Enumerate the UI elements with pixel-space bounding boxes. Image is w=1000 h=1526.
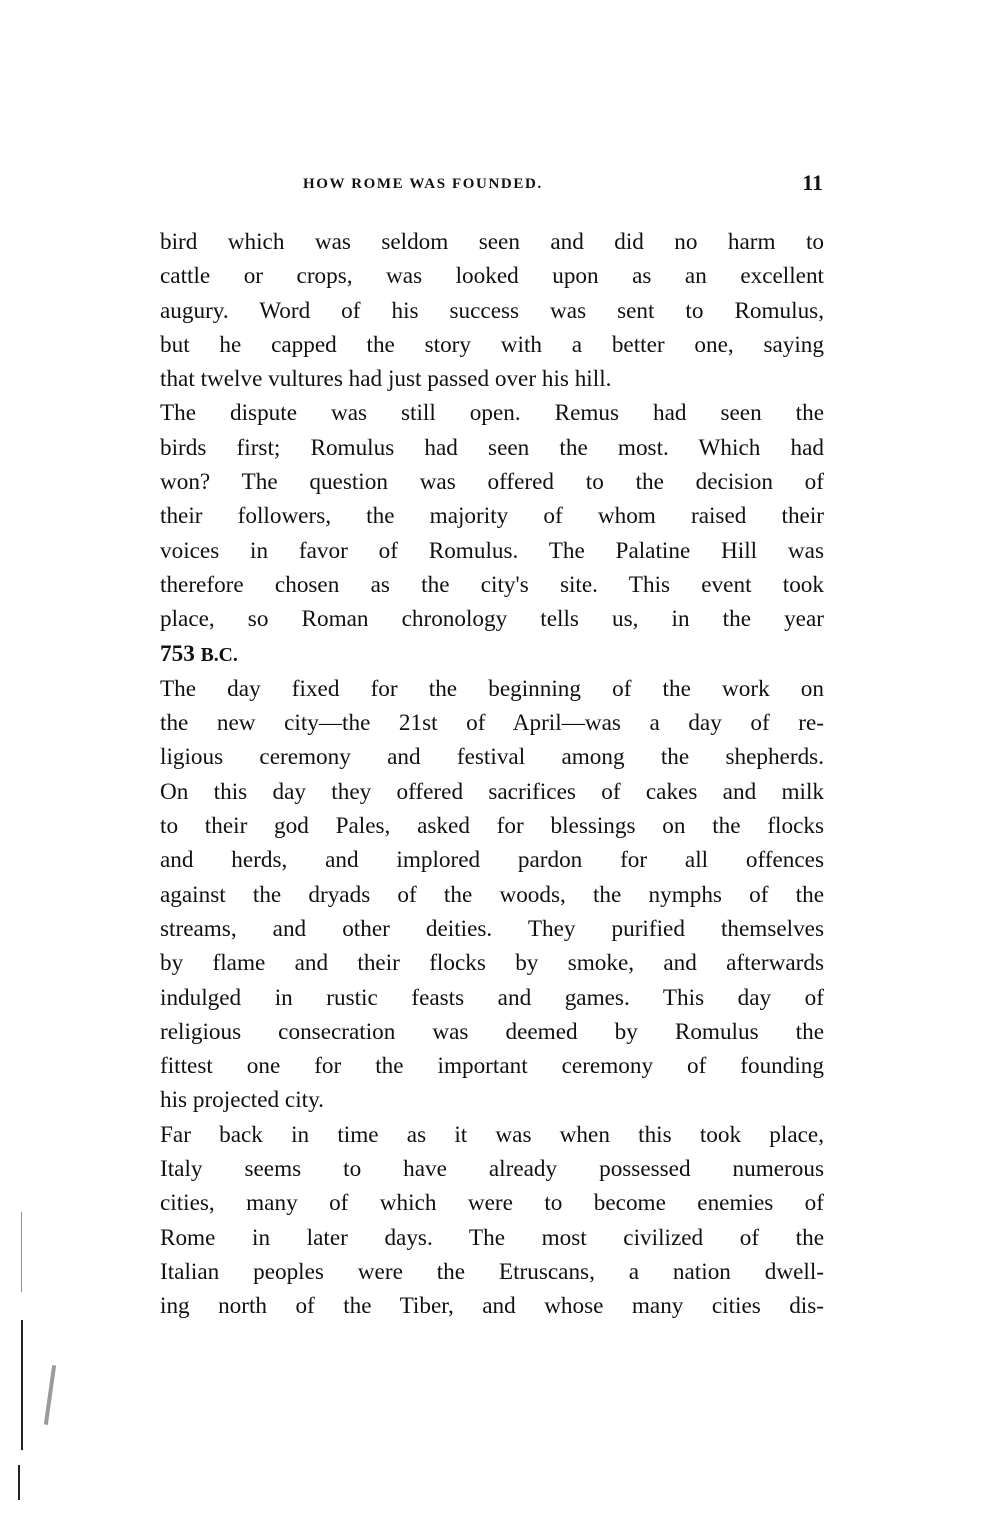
paragraph-3: The day fixed for the beginning of the w… <box>160 672 824 1118</box>
text-line: voices in favor of Romulus. The Palatine… <box>160 534 824 568</box>
page-number: 11 <box>802 170 823 196</box>
text-line: won? The question was offered to the dec… <box>160 465 824 499</box>
text-line: therefore chosen as the city's site. Thi… <box>160 568 824 602</box>
text-line: The dispute was still open. Remus had se… <box>160 396 824 430</box>
year: 753 <box>160 641 195 667</box>
text-line: place, so Roman chronology tells us, in … <box>160 602 824 636</box>
paragraph-1: bird which was seldom seen and did no ha… <box>160 225 824 396</box>
text-line: to their god Pales, asked for blessings … <box>160 809 824 843</box>
text-line: The day fixed for the beginning of the w… <box>160 672 824 706</box>
paragraph-2: The dispute was still open. Remus had se… <box>160 396 824 671</box>
text-line: ing north of the Tiber, and whose many c… <box>160 1289 824 1323</box>
text-line: augury. Word of his success was sent to … <box>160 294 824 328</box>
text-line: against the dryads of the woods, the nym… <box>160 878 824 912</box>
text-line: fittest one for the important ceremony o… <box>160 1049 824 1083</box>
text-line: but he capped the story with a better on… <box>160 328 824 362</box>
text-line: birds first; Romulus had seen the most. … <box>160 431 824 465</box>
scan-artifact-line <box>21 1212 22 1292</box>
text-line: Far back in time as it was when this too… <box>160 1118 824 1152</box>
body-text: bird which was seldom seen and did no ha… <box>160 225 824 1324</box>
text-line: and herds, and implored pardon for all o… <box>160 843 824 877</box>
text-line: bird which was seldom seen and did no ha… <box>160 225 824 259</box>
era: B.C. <box>201 644 238 666</box>
text-line: streams, and other deities. They purifie… <box>160 912 824 946</box>
text-line: Italian peoples were the Etruscans, a na… <box>160 1255 824 1289</box>
running-head: HOW ROME WAS FOUNDED. <box>303 176 543 193</box>
paragraph-4: Far back in time as it was when this too… <box>160 1118 824 1324</box>
scan-artifact-line <box>21 1320 23 1450</box>
text-line: ligious ceremony and festival among the … <box>160 740 824 774</box>
text-line: Rome in later days. The most civilized o… <box>160 1221 824 1255</box>
text-line: On this day they offered sacrifices of c… <box>160 775 824 809</box>
text-line: their followers, the majority of whom ra… <box>160 499 824 533</box>
text-line: his projected city. <box>160 1083 824 1117</box>
text-line: that twelve vultures had just passed ove… <box>160 362 824 396</box>
text-line: by flame and their flocks by smoke, and … <box>160 946 824 980</box>
text-line: cities, many of which were to become ene… <box>160 1186 824 1220</box>
text-line: cattle or crops, was looked upon as an e… <box>160 259 824 293</box>
text-line: the new city—the 21st of April—was a day… <box>160 706 824 740</box>
page-header: HOW ROME WAS FOUNDED. 11 <box>163 170 823 204</box>
text-line: indulged in rustic feasts and games. Thi… <box>160 981 824 1015</box>
scan-artifact-line <box>18 1465 20 1500</box>
text-line: Italy seems to have already possessed nu… <box>160 1152 824 1186</box>
text-line: 753 B.C. <box>160 637 824 672</box>
scan-artifact-smudge <box>44 1365 56 1425</box>
text-line: religious consecration was deemed by Rom… <box>160 1015 824 1049</box>
